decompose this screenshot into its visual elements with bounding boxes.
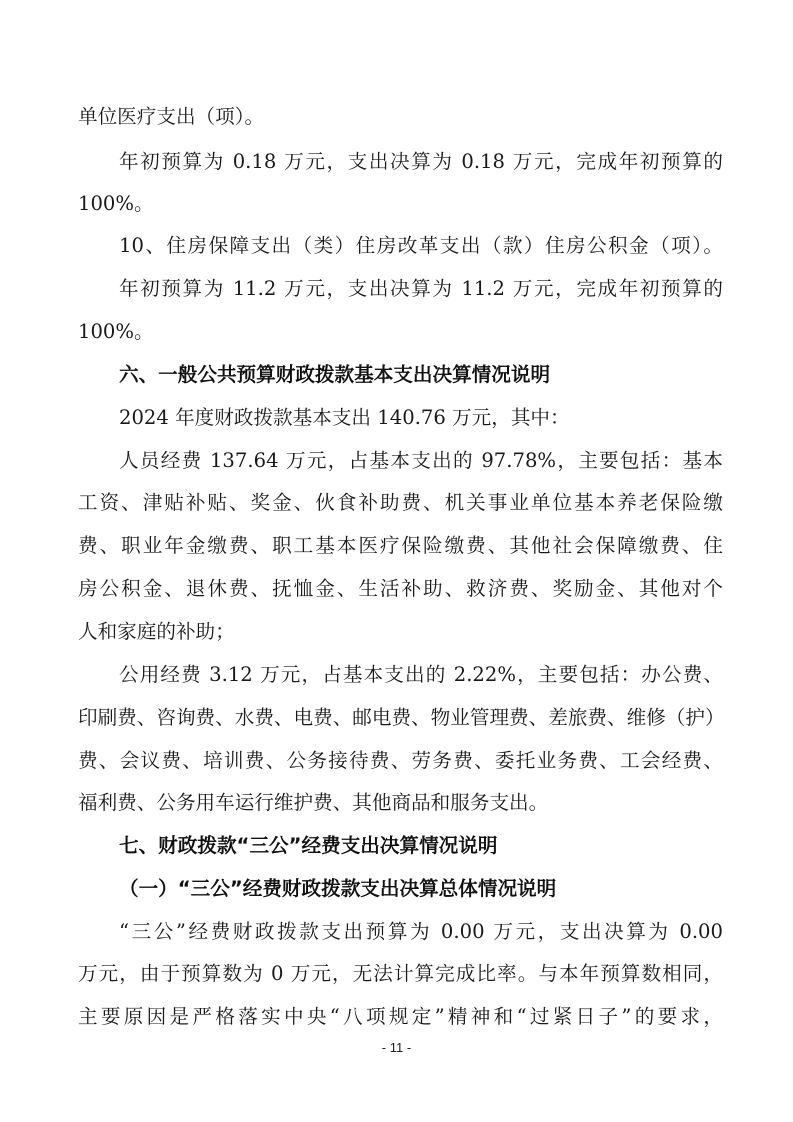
paragraph-line: 人和家庭的补助； <box>78 617 723 647</box>
paragraph-line: 万元，由于预算数为 0 万元，无法计算完成比率。与本年预算数相同， <box>78 959 723 989</box>
paragraph-line: 年初预算为 11.2 万元，支出决算为 11.2 万元，完成年初预算的 <box>119 274 723 304</box>
paragraph-line: 福利费、公务用车运行维护费、其他商品和服务支出。 <box>78 788 723 818</box>
paragraph-line: 主要原因是严格落实中央“八项规定”精神和“过紧日子”的要求， <box>78 1002 723 1032</box>
paragraph-line: 费、会议费、培训费、公务接待费、劳务费、委托业务费、工会经费、 <box>78 746 723 776</box>
paragraph-line: 工资、津贴补贴、奖金、伙食补助费、机关事业单位基本养老保险缴 <box>78 488 723 518</box>
paragraph-line: 单位医疗支出（项）。 <box>78 102 723 132</box>
paragraph-line: 2024 年度财政拨款基本支出 140.76 万元，其中： <box>119 403 723 433</box>
paragraph-line: 10、住房保障支出（类）住房改革支出（款）住房公积金（项）。 <box>119 231 723 261</box>
paragraph-line: 房公积金、退休费、抚恤金、生活补助、救济费、奖励金、其他对个 <box>78 574 723 604</box>
paragraph-line: 印刷费、咨询费、水费、电费、邮电费、物业管理费、差旅费、维修（护） <box>78 703 723 733</box>
page-number: - 11 - <box>0 1040 793 1055</box>
paragraph-line: 公用经费 3.12 万元，占基本支出的 2.22%，主要包括：办公费、 <box>119 660 723 690</box>
paragraph-line: “三公”经费财政拨款支出预算为 0.00 万元，支出决算为 0.00 <box>119 917 723 947</box>
paragraph-line: 100%。 <box>78 189 723 219</box>
section-heading-6: 六、一般公共预算财政拨款基本支出决算情况说明 <box>119 360 723 390</box>
section-heading-7: 七、财政拨款“三公”经费支出决算情况说明 <box>119 831 723 861</box>
paragraph-line: 费、职业年金缴费、职工基本医疗保险缴费、其他社会保障缴费、住 <box>78 531 723 561</box>
paragraph-line: 人员经费 137.64 万元，占基本支出的 97.78%，主要包括：基本 <box>119 446 723 476</box>
paragraph-line: 年初预算为 0.18 万元，支出决算为 0.18 万元，完成年初预算的 <box>119 147 723 177</box>
subsection-heading-1: （一）“三公”经费财政拨款支出决算总体情况说明 <box>119 874 723 904</box>
document-page: 单位医疗支出（项）。 年初预算为 0.18 万元，支出决算为 0.18 万元，完… <box>0 0 793 1122</box>
paragraph-line: 100%。 <box>78 317 723 347</box>
